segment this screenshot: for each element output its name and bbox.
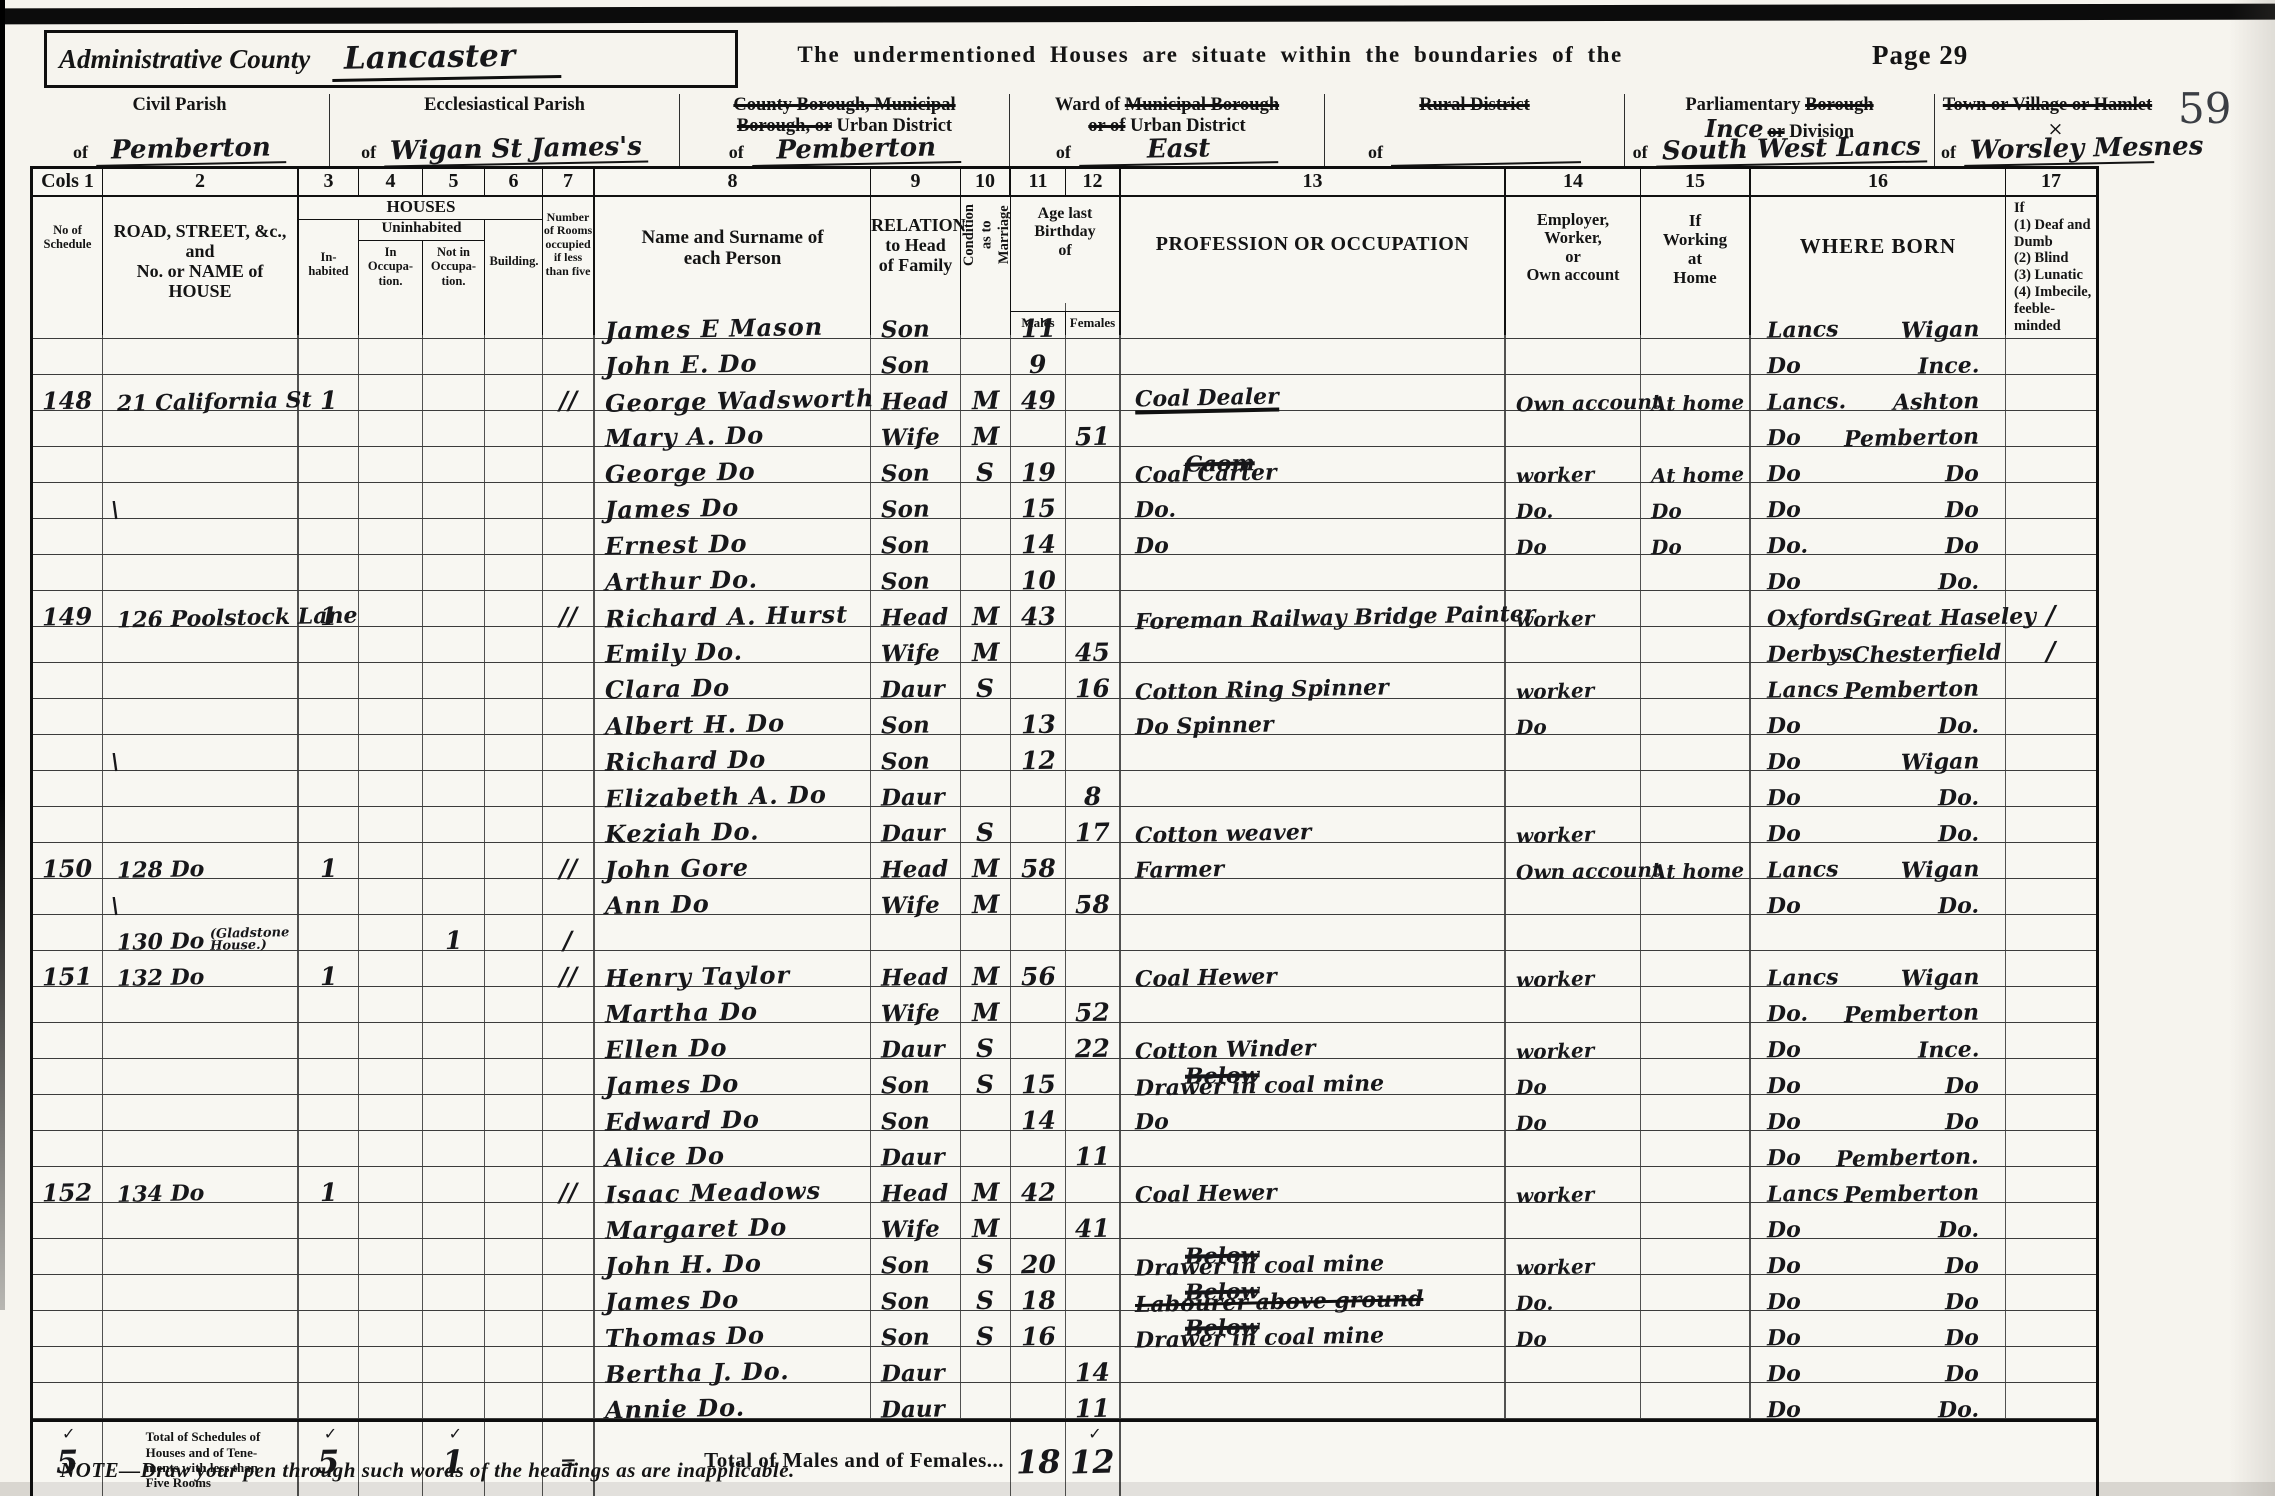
cell-not-in-occupation xyxy=(423,1275,485,1310)
born-place: Do. xyxy=(1938,823,1979,846)
footer-note: NOTE—Draw your pen through such words of… xyxy=(60,1458,795,1483)
town-village-label: Town or Village or Hamlet xyxy=(1935,95,2160,116)
cell-age-females xyxy=(1066,591,1121,626)
age-male-value: 18 xyxy=(1020,1288,1055,1314)
table-row: \ Ann Do Wife M 58 DoDo. xyxy=(33,879,2096,915)
cell-inhabited xyxy=(299,555,359,590)
continuation-mark: \ xyxy=(111,499,120,521)
condition-value: M xyxy=(971,856,999,882)
cell-condition: S xyxy=(961,1059,1011,1094)
civil-parish-value: Pemberton xyxy=(96,135,286,166)
cell-inhabited xyxy=(299,1311,359,1346)
cell-inhabited xyxy=(299,1131,359,1166)
cell-age-males xyxy=(1011,1023,1066,1058)
cell-where-born: DoDo. xyxy=(1751,699,2006,734)
relation-value: Wife xyxy=(881,1001,940,1025)
cell-infirmities xyxy=(2006,735,2096,770)
cell-not-in-occupation xyxy=(423,303,485,338)
cell-occupation: Coal CarterCaom xyxy=(1121,447,1506,482)
cell-working-at-home xyxy=(1641,915,1751,950)
cell-age-females xyxy=(1066,1095,1121,1130)
cell-age-females: 52 xyxy=(1066,987,1121,1022)
column-number: 13 xyxy=(1121,169,1506,197)
condition-value: M xyxy=(971,892,999,918)
cell-where-born: DoDo xyxy=(1751,483,2006,518)
born-county: Do xyxy=(1767,1255,1801,1278)
cell-working-at-home xyxy=(1641,555,1751,590)
cell-age-males xyxy=(1011,915,1066,950)
cell-schedule-number xyxy=(33,771,103,806)
condition-rotated-text: Condition as to Marriage xyxy=(961,204,1013,266)
cell-road xyxy=(103,1059,299,1094)
cell-building xyxy=(485,663,543,698)
cell-employer: worker xyxy=(1506,1167,1641,1202)
age-male-value: 13 xyxy=(1020,712,1055,738)
inhabited-value: 1 xyxy=(320,856,338,881)
cell-name: George Wadsworth xyxy=(595,375,871,410)
rooms-mark: // xyxy=(559,964,578,989)
ecclesiastical-parish-label: Ecclesiastical Parish xyxy=(330,95,679,116)
cell-relation: Wife xyxy=(871,411,961,446)
cell-in-occupation xyxy=(359,1095,423,1130)
cell-age-females: 41 xyxy=(1066,1203,1121,1238)
cell-infirmities xyxy=(2006,339,2096,374)
age-female-value: 52 xyxy=(1075,1000,1110,1026)
schedule-number: 151 xyxy=(42,964,93,989)
condition-value: M xyxy=(971,1000,999,1026)
cell-working-at-home xyxy=(1641,987,1751,1022)
cell-condition xyxy=(961,1095,1011,1130)
cell-in-occupation xyxy=(359,627,423,662)
age-female-value: 58 xyxy=(1075,892,1110,918)
table-row: 130 Do(Gladstone House.) 1 / xyxy=(33,915,2096,951)
column-number: 4 xyxy=(359,169,423,197)
age-female-value: 11 xyxy=(1075,1396,1110,1422)
table-row: Arthur Do. Son 10 DoDo. xyxy=(33,555,2096,591)
cell-schedule-number xyxy=(33,1311,103,1346)
age-male-value: 12 xyxy=(1020,748,1055,774)
cell-building xyxy=(485,591,543,626)
cell-relation: Son xyxy=(871,339,961,374)
cell-infirmities xyxy=(2006,483,2096,518)
cell-age-males xyxy=(1011,411,1066,446)
cell-where-born: Do.Pemberton xyxy=(1751,987,2006,1022)
relation-value: Son xyxy=(881,497,930,521)
cell-inhabited: 1 xyxy=(299,591,359,626)
cell-working-at-home xyxy=(1641,1203,1751,1238)
table-row: Thomas Do Son S 16 Drawer in coal mineBe… xyxy=(33,1311,2096,1347)
cell-working-at-home xyxy=(1641,735,1751,770)
cell-where-born: DerbysChesterfield xyxy=(1751,627,2006,662)
table-row: Ernest Do Son 14 Do Do Do Do.Do xyxy=(33,519,2096,555)
condition-value: M xyxy=(971,388,999,414)
cell-building xyxy=(485,1311,543,1346)
cell-schedule-number xyxy=(33,1275,103,1310)
cell-not-in-occupation xyxy=(423,519,485,554)
cell-not-in-occupation xyxy=(423,1311,485,1346)
born-county: Do. xyxy=(1767,1003,1808,1026)
cell-inhabited xyxy=(299,627,359,662)
age-female-value: 45 xyxy=(1075,640,1110,666)
cell-where-born: DoInce. xyxy=(1751,339,2006,374)
cell-employer xyxy=(1506,1383,1641,1418)
cell-in-occupation xyxy=(359,483,423,518)
cell-rooms xyxy=(543,555,595,590)
table-row: Keziah Do. Daur S 17 Cotton weaver worke… xyxy=(33,807,2096,843)
cell-building xyxy=(485,951,543,986)
header-houses: HOUSES xyxy=(299,197,543,220)
table-row: Emily Do. Wife M 45 DerbysChesterfield / xyxy=(33,627,2096,663)
cell-occupation: Foreman Railway Bridge Painter xyxy=(1121,591,1506,626)
cell-name: Bertha J. Do. xyxy=(595,1347,871,1382)
schedule-number: 152 xyxy=(42,1180,93,1205)
cell-age-females xyxy=(1066,483,1121,518)
schedule-number: 150 xyxy=(42,856,93,881)
cell-name: John Gore xyxy=(595,843,871,878)
cell-relation: Wife xyxy=(871,627,961,662)
cell-not-in-occupation xyxy=(423,1203,485,1238)
cell-relation: Son xyxy=(871,483,961,518)
cell-where-born: DoDo xyxy=(1751,1059,2006,1094)
cell-in-occupation xyxy=(359,1239,423,1274)
cell-occupation: Cotton Ring Spinner xyxy=(1121,663,1506,698)
cell-age-males: 20 xyxy=(1011,1239,1066,1274)
cell-inhabited xyxy=(299,1095,359,1130)
table-row: James Do Son S 15 Drawer in coal mineBel… xyxy=(33,1059,2096,1095)
parliamentary-value-row: of South West Lancs xyxy=(1631,137,1928,165)
infirmity-mark: / xyxy=(2046,639,2056,665)
relation-value: Son xyxy=(881,353,930,377)
cell-age-males: 49 xyxy=(1011,375,1066,410)
cell-not-in-occupation xyxy=(423,447,485,482)
cell-where-born: Do.Do xyxy=(1751,519,2006,554)
cell-where-born xyxy=(1751,915,2006,950)
cell-condition xyxy=(961,1347,1011,1382)
cell-road: 128 Do xyxy=(103,843,299,878)
cell-rooms xyxy=(543,699,595,734)
age-male-value: 20 xyxy=(1020,1252,1055,1278)
margin-folio-number: 59 xyxy=(2178,84,2231,133)
cell-road: 21 California St xyxy=(103,375,299,410)
relation-value: Wife xyxy=(881,425,940,449)
cell-age-males xyxy=(1011,1347,1066,1382)
born-place: Do xyxy=(1945,1327,1979,1350)
cell-inhabited xyxy=(299,879,359,914)
cell-name: John H. Do xyxy=(595,1239,871,1274)
age-male-value: 15 xyxy=(1020,496,1055,522)
cell-working-at-home xyxy=(1641,699,1751,734)
cell-age-males xyxy=(1011,1131,1066,1166)
cell-age-females xyxy=(1066,1059,1121,1094)
relation-value: Wife xyxy=(881,1217,940,1241)
cell-inhabited xyxy=(299,411,359,446)
cell-in-occupation xyxy=(359,303,423,338)
cell-not-in-occupation xyxy=(423,1095,485,1130)
born-place: Do. xyxy=(1938,715,1979,738)
cell-in-occupation xyxy=(359,879,423,914)
cell-infirmities xyxy=(2006,303,2096,338)
cell-infirmities xyxy=(2006,879,2096,914)
cell-infirmities xyxy=(2006,1059,2096,1094)
condition-value: S xyxy=(976,1324,995,1349)
cell-schedule-number xyxy=(33,879,103,914)
column-number: 7 xyxy=(543,169,595,197)
table-row: 149 126 Poolstock Lane 1 // Richard A. H… xyxy=(33,591,2096,627)
cell-age-females: 14 xyxy=(1066,1347,1121,1382)
cell-in-occupation xyxy=(359,1023,423,1058)
urban-district-value: Pemberton xyxy=(751,135,960,167)
relation-value: Daur xyxy=(881,1361,945,1385)
column-number: 16 xyxy=(1751,169,2006,197)
born-place: Do xyxy=(1945,1075,1979,1098)
condition-value: S xyxy=(976,1072,995,1097)
table-row: 150 128 Do 1 // John Gore Head M 58 Farm… xyxy=(33,843,2096,879)
relation-value: Daur xyxy=(881,1397,945,1421)
cell-condition xyxy=(961,555,1011,590)
cell-age-females: 45 xyxy=(1066,627,1121,662)
cell-in-occupation xyxy=(359,1347,423,1382)
cell-in-occupation xyxy=(359,735,423,770)
cell-name: Elizabeth A. Do xyxy=(595,771,871,806)
cell-infirmities xyxy=(2006,951,2096,986)
table-row: 151 132 Do 1 // Henry Taylor Head M 56 C… xyxy=(33,951,2096,987)
cell-employer: Do xyxy=(1506,699,1641,734)
of-word: of xyxy=(361,142,376,165)
cell-relation: Daur xyxy=(871,1347,961,1382)
cell-where-born: DoDo xyxy=(1751,1239,2006,1274)
cell-inhabited xyxy=(299,987,359,1022)
age-male-value: 10 xyxy=(1020,568,1055,594)
cell-where-born: DoPemberton xyxy=(1751,411,2006,446)
born-county: Do xyxy=(1767,427,1801,450)
cell-age-males xyxy=(1011,627,1066,662)
cell-occupation: Drawer in coal mineBelow xyxy=(1121,1059,1506,1094)
cell-relation: Head xyxy=(871,951,961,986)
cell-employer: Do xyxy=(1506,1095,1641,1130)
age-male-value: 49 xyxy=(1020,388,1055,414)
cell-working-at-home: At home xyxy=(1641,375,1751,410)
born-place: Do. xyxy=(1938,1219,1979,1242)
cell-where-born: DoWigan xyxy=(1751,735,2006,770)
town-village-value-row: of Worsley Mesnes xyxy=(1941,137,2154,165)
cell-road xyxy=(103,447,299,482)
cell-occupation: Cotton Winder xyxy=(1121,1023,1506,1058)
cell-working-at-home xyxy=(1641,303,1751,338)
cell-infirmities xyxy=(2006,1239,2096,1274)
cell-age-females xyxy=(1066,447,1121,482)
cell-rooms xyxy=(543,627,595,662)
cell-schedule-number xyxy=(33,987,103,1022)
header-age: Age last Birthday of xyxy=(1011,197,1119,311)
cell-inhabited xyxy=(299,483,359,518)
checkmark: ✓ xyxy=(1088,1424,1101,1443)
cell-infirmities xyxy=(2006,1131,2096,1166)
occupation-overwrite: Caom xyxy=(1185,452,1255,475)
cell-not-in-occupation xyxy=(423,699,485,734)
cell-condition: M xyxy=(961,627,1011,662)
cell-not-in-occupation xyxy=(423,1059,485,1094)
cell-occupation xyxy=(1121,303,1506,338)
age-female-value: 51 xyxy=(1075,424,1110,450)
cell-building xyxy=(485,915,543,950)
cell-schedule-number xyxy=(33,555,103,590)
page-number: Page 29 xyxy=(1872,40,1968,71)
cell-working-at-home xyxy=(1641,1347,1751,1382)
condition-value: M xyxy=(971,640,999,666)
column-number: 11 xyxy=(1011,169,1066,197)
cell-not-in-occupation: 1 xyxy=(423,915,485,950)
column-headers-row: No of Schedule ROAD, STREET, &c., and No… xyxy=(33,197,2096,303)
rooms-mark: // xyxy=(559,388,578,413)
cell-building xyxy=(485,1239,543,1274)
cell-working-at-home: At home xyxy=(1641,843,1751,878)
cell-inhabited xyxy=(299,663,359,698)
born-place: Do. xyxy=(1938,571,1979,594)
district-fields: Civil Parish of Pemberton Ecclesiastical… xyxy=(30,94,2160,166)
continuation-mark: \ xyxy=(111,895,120,917)
column-number: 3 xyxy=(299,169,359,197)
cell-employer: worker xyxy=(1506,447,1641,482)
born-place: Do xyxy=(1945,499,1979,522)
column-number: 10 xyxy=(961,169,1011,197)
civil-parish-label: Civil Parish xyxy=(30,95,329,116)
age-male-value: 43 xyxy=(1020,604,1055,630)
cell-rooms xyxy=(543,1383,595,1418)
cell-age-females xyxy=(1066,843,1121,878)
cell-age-males xyxy=(1011,771,1066,806)
table-row: Edward Do Son 14 Do Do DoDo xyxy=(33,1095,2096,1131)
cell-working-at-home xyxy=(1641,627,1751,662)
born-county: Do xyxy=(1767,895,1801,918)
cell-employer xyxy=(1506,1347,1641,1382)
cell-inhabited xyxy=(299,1239,359,1274)
cell-where-born: LancsWigan xyxy=(1751,843,2006,878)
struck-text: or of xyxy=(1088,116,1125,136)
table-row: Margaret Do Wife M 41 DoDo. xyxy=(33,1203,2096,1239)
struck-text: Town or Village or Hamlet xyxy=(1943,95,2152,115)
cell-name: Mary A. Do xyxy=(595,411,871,446)
cell-name: Arthur Do. xyxy=(595,555,871,590)
cell-not-in-occupation xyxy=(423,1347,485,1382)
cell-name: James Do xyxy=(595,1275,871,1310)
cell-rooms: // xyxy=(543,375,595,410)
table-row: Annie Do. Daur 11 DoDo. xyxy=(33,1383,2096,1419)
cell-occupation: Cotton weaver xyxy=(1121,807,1506,842)
age-male-value: 14 xyxy=(1020,1108,1055,1134)
relation-value: Son xyxy=(881,1073,930,1097)
cell-building xyxy=(485,1131,543,1166)
cell-infirmities xyxy=(2006,411,2096,446)
cell-not-in-occupation xyxy=(423,483,485,518)
cell-infirmities xyxy=(2006,555,2096,590)
cell-occupation xyxy=(1121,627,1506,662)
cell-relation: Wife xyxy=(871,987,961,1022)
cell-road xyxy=(103,339,299,374)
cell-rooms xyxy=(543,1311,595,1346)
cell-name: Isaac Meadows xyxy=(595,1167,871,1202)
field-town-village: Town or Village or Hamlet × of Worsley M… xyxy=(1935,94,2160,166)
field-ecclesiastical-parish: Ecclesiastical Parish of Wigan St James'… xyxy=(330,94,680,166)
cell-in-occupation xyxy=(359,663,423,698)
cell-in-occupation xyxy=(359,951,423,986)
age-female-value: 16 xyxy=(1075,676,1110,702)
cell-building xyxy=(485,483,543,518)
relation-value: Son xyxy=(881,713,930,737)
cell-age-females xyxy=(1066,735,1121,770)
of-word: of xyxy=(73,142,88,165)
cell-where-born: DoDo. xyxy=(1751,771,2006,806)
struck-text: Borough, or xyxy=(737,116,832,136)
condition-value: M xyxy=(971,1216,999,1242)
cell-in-occupation xyxy=(359,591,423,626)
cell-infirmities xyxy=(2006,699,2096,734)
cell-relation: Son xyxy=(871,519,961,554)
condition-value: S xyxy=(976,1036,995,1061)
of-word: of xyxy=(1056,142,1071,165)
cell-inhabited xyxy=(299,339,359,374)
cell-building xyxy=(485,879,543,914)
inhabited-value: 1 xyxy=(320,388,338,413)
cell-schedule-number xyxy=(33,627,103,662)
cell-where-born: DoDo. xyxy=(1751,879,2006,914)
cell-employer xyxy=(1506,879,1641,914)
cell-inhabited: 1 xyxy=(299,951,359,986)
cell-infirmities xyxy=(2006,663,2096,698)
cell-employer: worker xyxy=(1506,591,1641,626)
relation-value: Son xyxy=(881,749,930,773)
cell-working-at-home xyxy=(1641,1275,1751,1310)
relation-value: Son xyxy=(881,1325,930,1349)
cell-condition: S xyxy=(961,663,1011,698)
header-uninhabited: Uninhabited xyxy=(359,220,484,241)
cell-building xyxy=(485,1167,543,1202)
cell-age-females: 8 xyxy=(1066,771,1121,806)
cell-where-born: DoInce. xyxy=(1751,1023,2006,1058)
born-place: Do xyxy=(1945,1111,1979,1134)
cell-inhabited xyxy=(299,807,359,842)
cell-working-at-home xyxy=(1641,771,1751,806)
cell-occupation xyxy=(1121,1203,1506,1238)
totals-females-cell: ✓12 xyxy=(1066,1422,1121,1496)
cell-relation: Head xyxy=(871,375,961,410)
cell-condition: M xyxy=(961,843,1011,878)
cell-condition xyxy=(961,699,1011,734)
cell-where-born: DoDo. xyxy=(1751,1203,2006,1238)
cell-working-at-home xyxy=(1641,591,1751,626)
cell-name: Annie Do. xyxy=(595,1383,871,1418)
table-row: Alice Do Daur 11 DoPemberton. xyxy=(33,1131,2096,1167)
cell-schedule-number xyxy=(33,411,103,446)
cell-in-occupation xyxy=(359,555,423,590)
ward-label: Ward of Municipal Borough or of Urban Di… xyxy=(1010,95,1324,136)
cell-condition xyxy=(961,771,1011,806)
relation-value: Son xyxy=(881,569,930,593)
cell-condition: S xyxy=(961,1275,1011,1310)
born-county: Do xyxy=(1767,1075,1801,1098)
cell-employer xyxy=(1506,987,1641,1022)
cell-infirmities xyxy=(2006,1203,2096,1238)
cell-relation: Wife xyxy=(871,879,961,914)
column-number: 2 xyxy=(103,169,299,197)
cell-name: Ellen Do xyxy=(595,1023,871,1058)
cell-condition xyxy=(961,483,1011,518)
age-female-value: 14 xyxy=(1075,1360,1110,1386)
cell-road xyxy=(103,1023,299,1058)
cell-name: Clara Do xyxy=(595,663,871,698)
inhabited-value: 1 xyxy=(320,604,338,629)
relation-value: Daur xyxy=(881,785,945,809)
cell-road xyxy=(103,1311,299,1346)
